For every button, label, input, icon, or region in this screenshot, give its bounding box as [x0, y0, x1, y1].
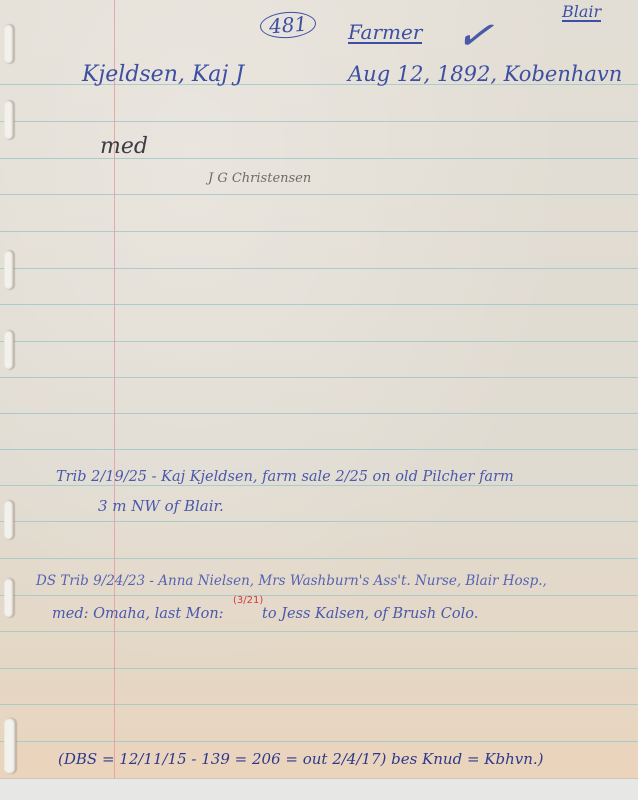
ruled-line [0, 158, 638, 159]
ruled-line [0, 268, 638, 269]
ruled-line [0, 377, 638, 378]
binding-hole [4, 500, 14, 540]
note-1-line-1: Trib 2/19/25 - Kaj Kjeldsen, farm sale 2… [56, 470, 514, 485]
ruled-line [0, 341, 638, 342]
binding-hole [4, 24, 14, 64]
ruled-line [0, 485, 638, 486]
location-tag: Blair [562, 4, 601, 22]
ruled-line [0, 231, 638, 232]
record-number: 481 [259, 10, 317, 40]
occupation: Farmer [348, 22, 422, 44]
ruled-line [0, 521, 638, 522]
note-1-line-2: 3 m NW of Blair. [98, 499, 224, 514]
binding-hole [4, 578, 14, 618]
ruled-line [0, 704, 638, 705]
note-2-line-2a: med: Omaha, last Mon: [52, 607, 224, 622]
margin-line [114, 0, 115, 778]
ruled-line [0, 668, 638, 669]
binding-hole [4, 330, 14, 370]
background-surface [0, 778, 638, 800]
ruled-line [0, 631, 638, 632]
note-2-line-1: DS Trib 9/24/23 - Anna Nielsen, Mrs Wash… [36, 575, 547, 589]
ruled-line [0, 449, 638, 450]
binding-hole [4, 250, 14, 290]
footer-note: (DBS = 12/11/15 - 139 = 206 = out 2/4/17… [58, 752, 544, 767]
ruled-line [0, 304, 638, 305]
ruled-line [0, 741, 638, 742]
binding-hole [4, 718, 16, 774]
check-mark-icon: ✓ [453, 12, 496, 61]
note-2-line-2b: to Jess Kalsen, of Brush Colo. [262, 607, 478, 622]
ruled-line [0, 121, 638, 122]
person-name: Kjeldsen, Kaj J [82, 64, 244, 86]
ruled-line [0, 194, 638, 195]
ruled-line [0, 413, 638, 414]
birth-info: Aug 12, 1892, Kobenhavn [348, 64, 622, 85]
red-date-annotation: (3/21) [233, 595, 263, 606]
signature: J G Christensen [208, 172, 311, 185]
ruled-line [0, 595, 638, 596]
ruled-line [0, 558, 638, 559]
note-med: med [100, 136, 148, 158]
binding-hole [4, 100, 14, 140]
notebook-page: 481 Farmer ✓ Blair Kjeldsen, Kaj J Aug 1… [0, 0, 638, 778]
